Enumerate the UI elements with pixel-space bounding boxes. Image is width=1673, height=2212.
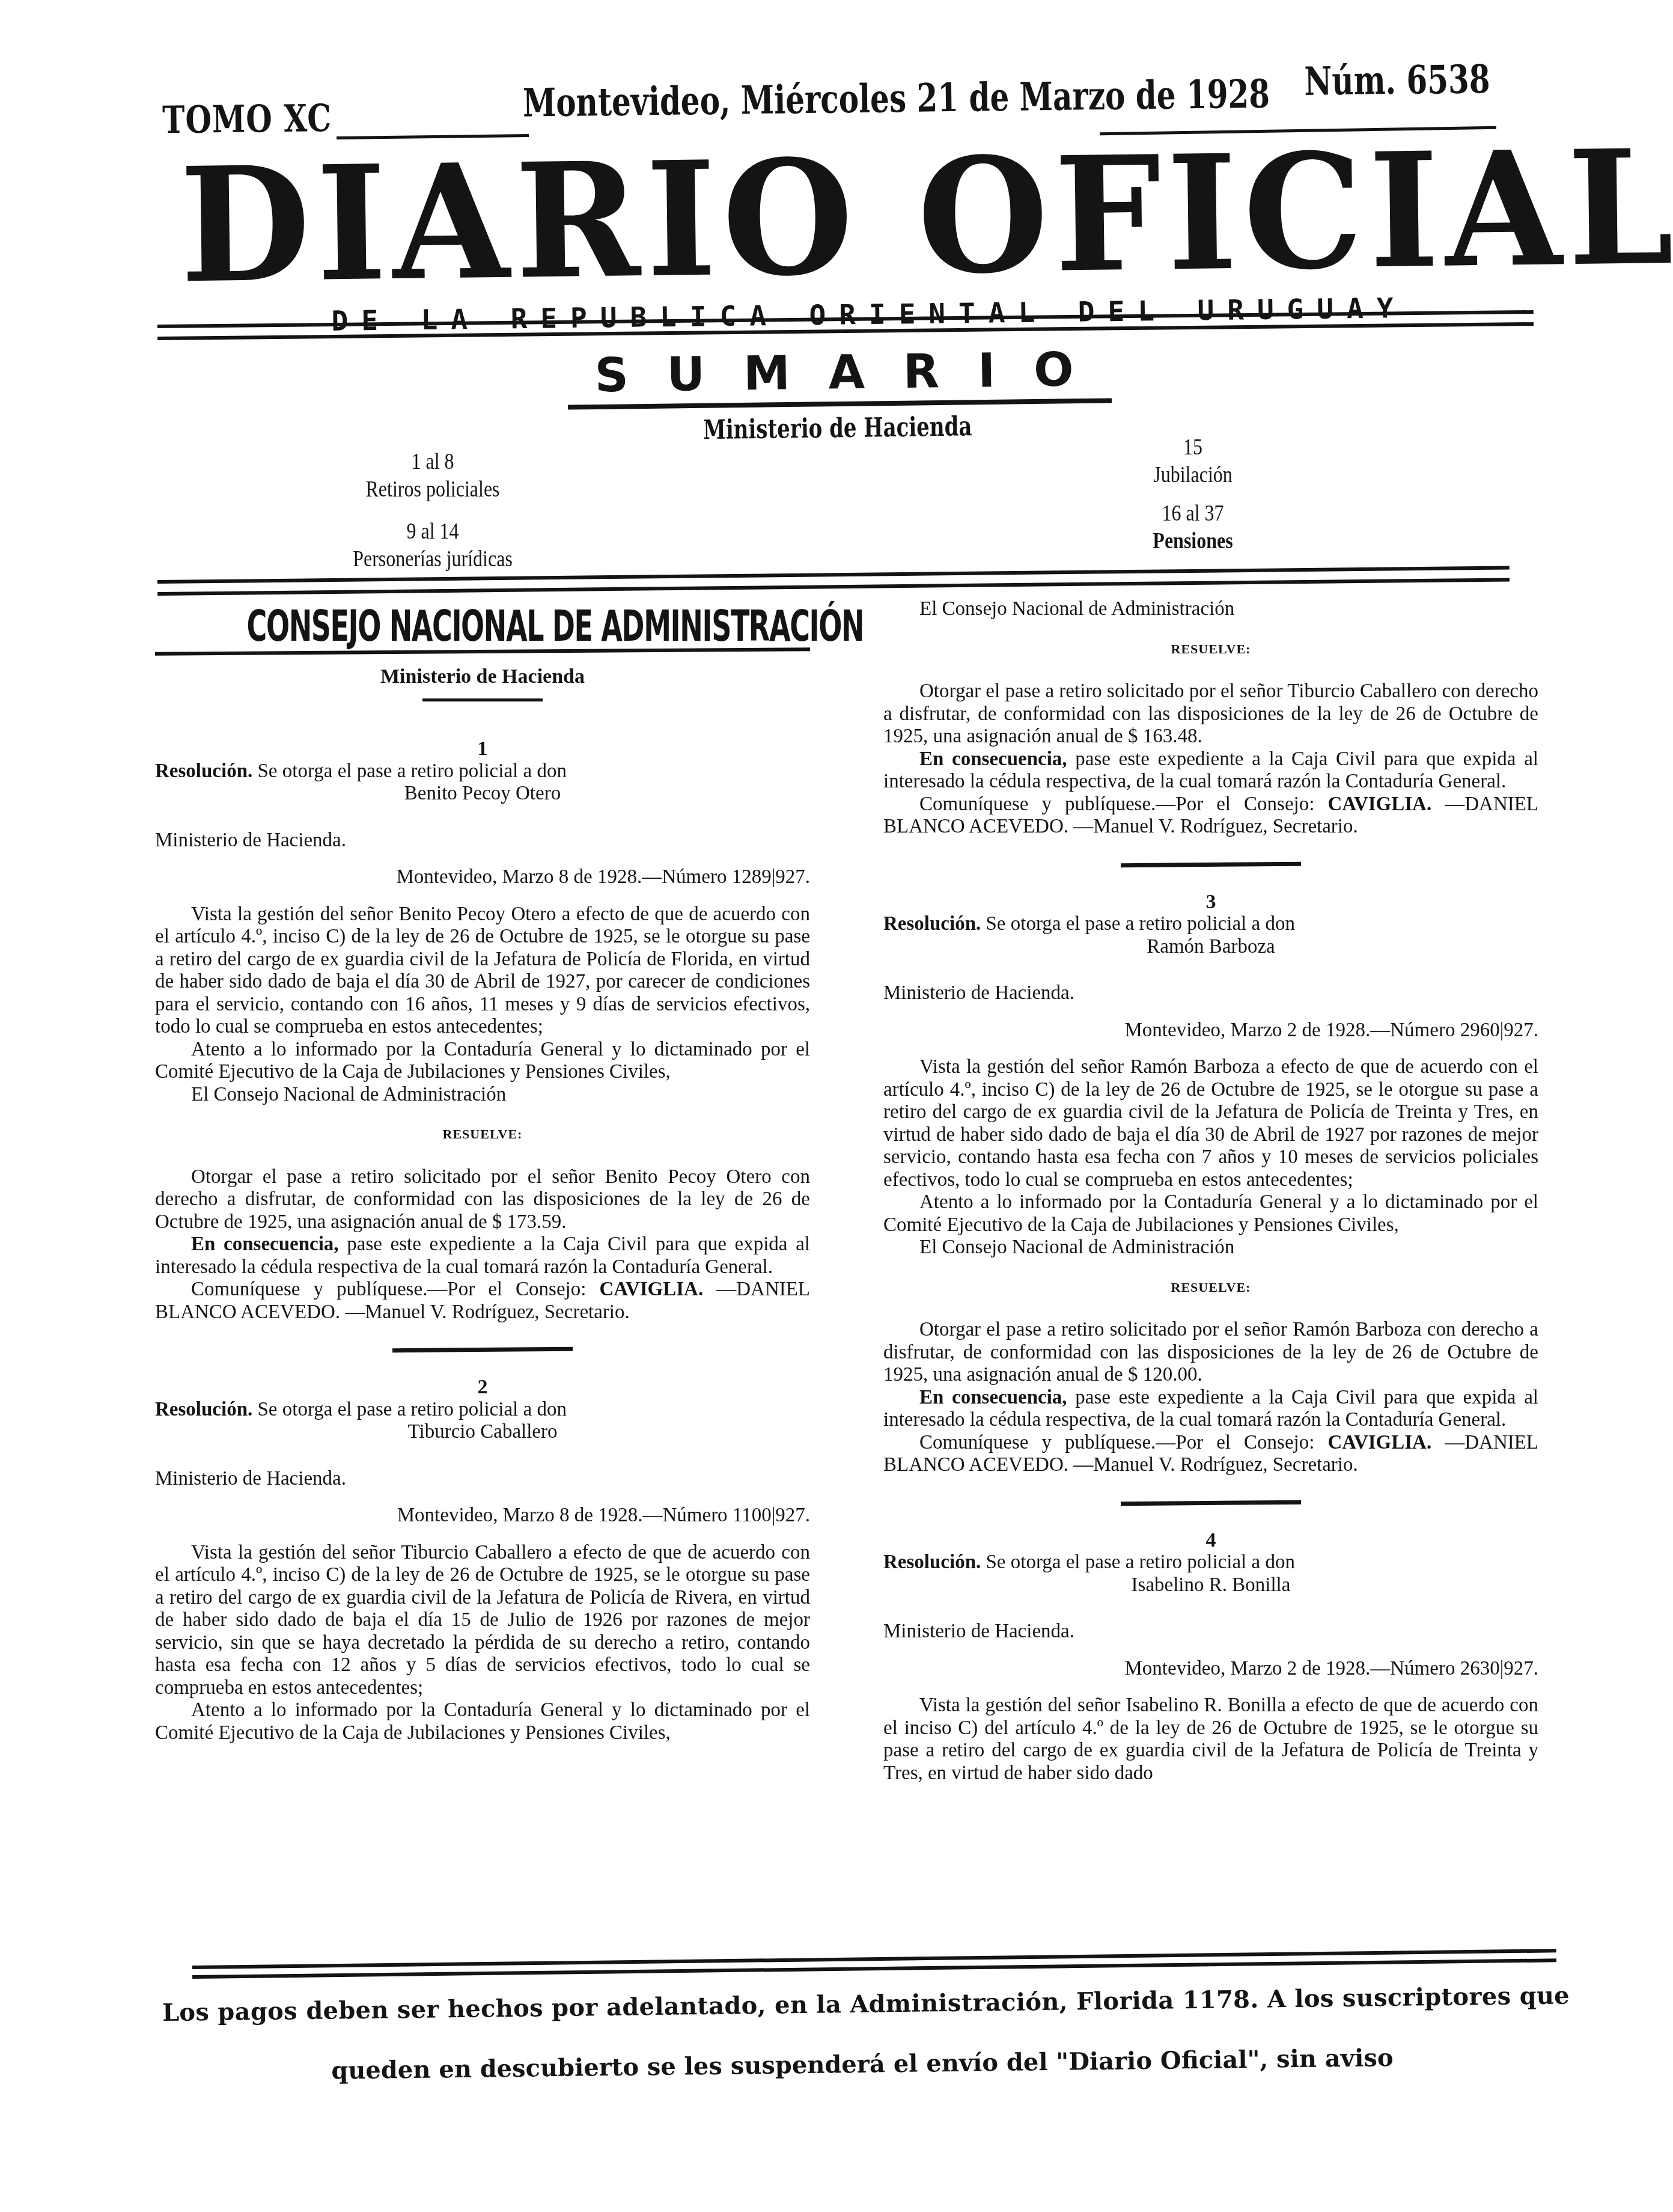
resolution-vista: Vista la gestión del señor Tiburcio Caba… [155,1542,810,1700]
section-ministry: Ministerio de Hacienda [155,665,810,688]
resolution-otorgar: Otorgar el pase a retiro solicitado por … [155,1166,810,1234]
footer-double-rule [192,1949,1556,1979]
issue-date: Montevideo, Miércoles 21 de Marzo de 192… [522,70,1270,126]
resolution-number: 2 [155,1376,810,1399]
newspaper-page: TOMO XC Montevideo, Miércoles 21 de Marz… [0,0,1673,2212]
resolution-name: Tiburcio Caballero [155,1421,810,1444]
newspaper-title: DIARIO OFICIAL [179,130,1503,304]
resolution-otorgar: Otorgar el pase a retiro solicitado por … [883,1319,1538,1387]
resolution-title: Resolución. Se otorga el pase a retiro p… [155,1399,810,1422]
footer-notice-line-1: Los pagos deben ser hechos por adelantad… [162,1982,1562,2027]
divider [1121,1500,1301,1506]
resolution-2: 2 Resolución. Se otorga el pase a retiro… [155,1376,810,1744]
resolution-number: 1 [155,738,810,760]
resolution-number: 4 [883,1529,1538,1552]
issue-number: Núm. 6538 [1304,56,1490,104]
resolution-vista: Vista la gestión del señor Benito Pecoy … [155,903,810,1039]
resolution-vista: Vista la gestión del señor Isabelino R. … [883,1694,1538,1785]
resolution-consejo: El Consejo Nacional de Administración [883,1236,1538,1259]
resolution-consecuencia: En consecuencia, pase este expediente a … [883,1387,1538,1432]
section-heading: CONSEJO NACIONAL DE ADMINISTRACIÓN [247,615,719,640]
right-column: El Consejo Nacional de Administración RE… [883,598,1538,1785]
resolution-resuelve: RESUELVE: [883,1276,1538,1299]
resolution-title: Resolución. Se otorga el pase a retiro p… [155,760,810,783]
resolution-consejo: El Consejo Nacional de Administración [883,598,1538,621]
summary-item: 9 al 14 Personerías jurídicas [312,517,553,572]
resolution-number: 3 [883,891,1538,914]
divider [1121,861,1301,867]
resolution-signatures: Comuníquese y publíquese.—Por el Consejo… [883,1432,1538,1477]
resolution-resuelve: RESUELVE: [883,638,1538,661]
resolution-4: 4 Resolución. Se otorga el pase a retiro… [883,1529,1538,1785]
masthead: DIARIO OFICIAL DE LA REPUBLICA ORIENTAL … [179,134,1504,339]
summary-item: 16 al 37 Pensiones [1073,499,1313,554]
resolution-ministry: Ministerio de Hacienda. [155,1468,810,1491]
resolution-ministry: Ministerio de Hacienda. [883,1621,1538,1643]
left-column: CONSEJO NACIONAL DE ADMINISTRACIÓN Minis… [155,601,810,1744]
resolution-consejo: El Consejo Nacional de Administración [155,1084,810,1107]
resolution-name: Benito Pecoy Otero [155,783,810,805]
resolution-ministry: Ministerio de Hacienda. [883,982,1538,1005]
resolution-ministry: Ministerio de Hacienda. [155,829,810,852]
summary-title: SUMARIO [552,342,1154,403]
divider [422,698,543,701]
resolution-3: 3 Resolución. Se otorga el pase a retiro… [883,891,1538,1477]
resolution-atento: Atento a lo informado por la Contaduría … [155,1699,810,1744]
resolution-dateline: Montevideo, Marzo 2 de 1928.—Número 2960… [883,1019,1538,1042]
resolution-signatures: Comuníquese y publíquese.—Por el Consejo… [883,793,1538,839]
summary-item: 15 Jubilación [1073,433,1313,487]
resolution-title: Resolución. Se otorga el pase a retiro p… [883,913,1538,936]
resolution-title: Resolución. Se otorga el pase a retiro p… [883,1551,1538,1574]
resolution-consecuencia: En consecuencia, pase este expediente a … [155,1233,810,1279]
resolution-dateline: Montevideo, Marzo 8 de 1928.—Número 1100… [155,1505,810,1527]
resolution-2-continued: El Consejo Nacional de Administración RE… [883,598,1538,839]
resolution-resuelve: RESUELVE: [155,1123,810,1146]
resolution-dateline: Montevideo, Marzo 8 de 1928.—Número 1289… [155,866,810,889]
resolution-consecuencia: En consecuencia, pase este expediente a … [883,748,1538,793]
divider [392,1347,573,1353]
resolution-vista: Vista la gestión del señor Ramón Barboza… [883,1056,1538,1191]
summary-ministry: Ministerio de Hacienda [703,411,972,446]
resolution-otorgar: Otorgar el pase a retiro solicitado por … [883,680,1538,748]
footer-notice-line-2: queden en descubierto se les suspenderá … [162,2039,1673,2087]
resolution-name: Ramón Barboza [883,936,1538,959]
resolution-atento: Atento a lo informado por la Contaduría … [155,1039,810,1084]
resolution-dateline: Montevideo, Marzo 2 de 1928.—Número 2630… [883,1658,1538,1681]
summary-item: 1 al 8 Retiros policiales [312,447,553,502]
resolution-signatures: Comuníquese y publíquese.—Por el Consejo… [155,1279,810,1324]
resolution-name: Isabelino R. Bonilla [883,1574,1538,1597]
resolution-1: 1 Resolución. Se otorga el pase a retiro… [155,738,810,1324]
resolution-atento: Atento a lo informado por la Contaduría … [883,1191,1538,1236]
